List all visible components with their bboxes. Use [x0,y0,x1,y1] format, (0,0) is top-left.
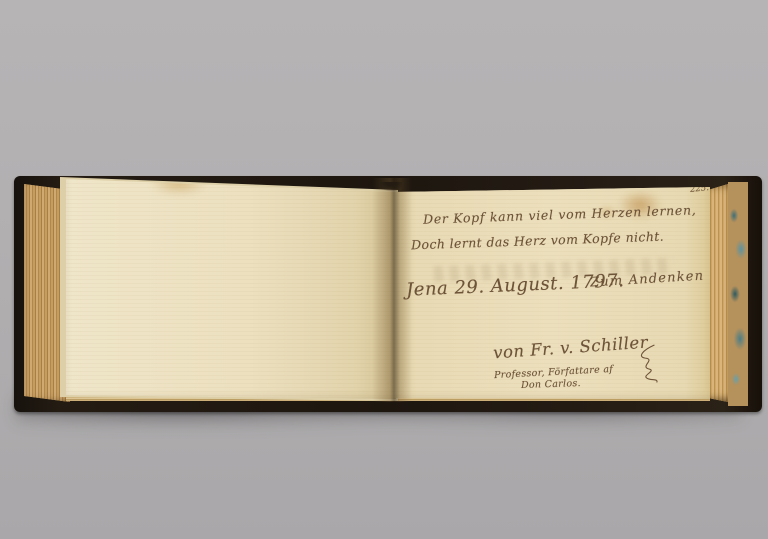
right-inscription-page: 225. Der Kopf kann viel vom Herzen lerne… [394,176,710,404]
right-page-block-edges [708,184,728,402]
verse-line-1: Der Kopf kann viel vom Herzen lernen, [423,202,697,227]
open-album-book: 225. Der Kopf kann viel vom Herzen lerne… [14,176,762,412]
signature-flourish-icon [628,342,666,385]
left-blank-page [66,176,396,404]
marbled-endpaper [728,182,748,406]
binding-head-notch [380,182,402,194]
signature-line: von Fr. v. Schiller [493,333,649,363]
photo-background: 225. Der Kopf kann viel vom Herzen lerne… [0,0,768,539]
verse-line-2: Doch lernt das Herz vom Kopfe nicht. [411,229,664,253]
annotation-line-2: Don Carlos. [521,378,581,391]
